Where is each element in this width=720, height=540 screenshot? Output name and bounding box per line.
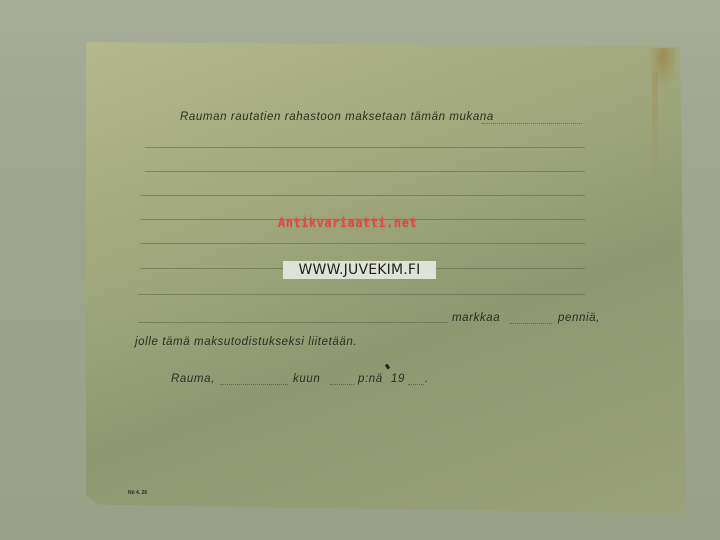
paper-stain-edge — [652, 72, 658, 192]
day-fill-line — [220, 383, 288, 385]
place-label: Rauma, — [171, 373, 215, 385]
ruled-line-3 — [140, 195, 585, 196]
year-suffix: . — [425, 373, 429, 385]
ruled-line-5 — [140, 243, 585, 244]
watermark-antikvariaatti: Antikvariaatti.net — [278, 216, 417, 230]
ruled-line-2 — [145, 171, 585, 172]
month-label: kuun — [293, 373, 320, 385]
markka-label: markkaa — [452, 312, 500, 324]
penni-fill-line — [510, 322, 552, 324]
amount-fill-line — [138, 322, 448, 323]
day-label: p:nä — [358, 373, 383, 385]
year-prefix: 19 — [391, 373, 405, 385]
form-code: Nö 4. 26 — [128, 490, 147, 496]
month-fill-line — [330, 383, 354, 385]
ruled-line-7 — [138, 294, 585, 295]
watermark-juvekim: WWW.JUVEKIM.FI — [283, 261, 436, 279]
year-fill-line — [408, 383, 424, 385]
ruled-line-1 — [145, 147, 585, 148]
heading-fill-line — [482, 122, 582, 124]
form-heading: Rauman rautatien rahastoon maksetaan täm… — [180, 111, 494, 123]
penni-label: penniä, — [558, 312, 600, 324]
attached-note: jolle tämä maksutodistukseksi liitetään. — [135, 336, 357, 348]
